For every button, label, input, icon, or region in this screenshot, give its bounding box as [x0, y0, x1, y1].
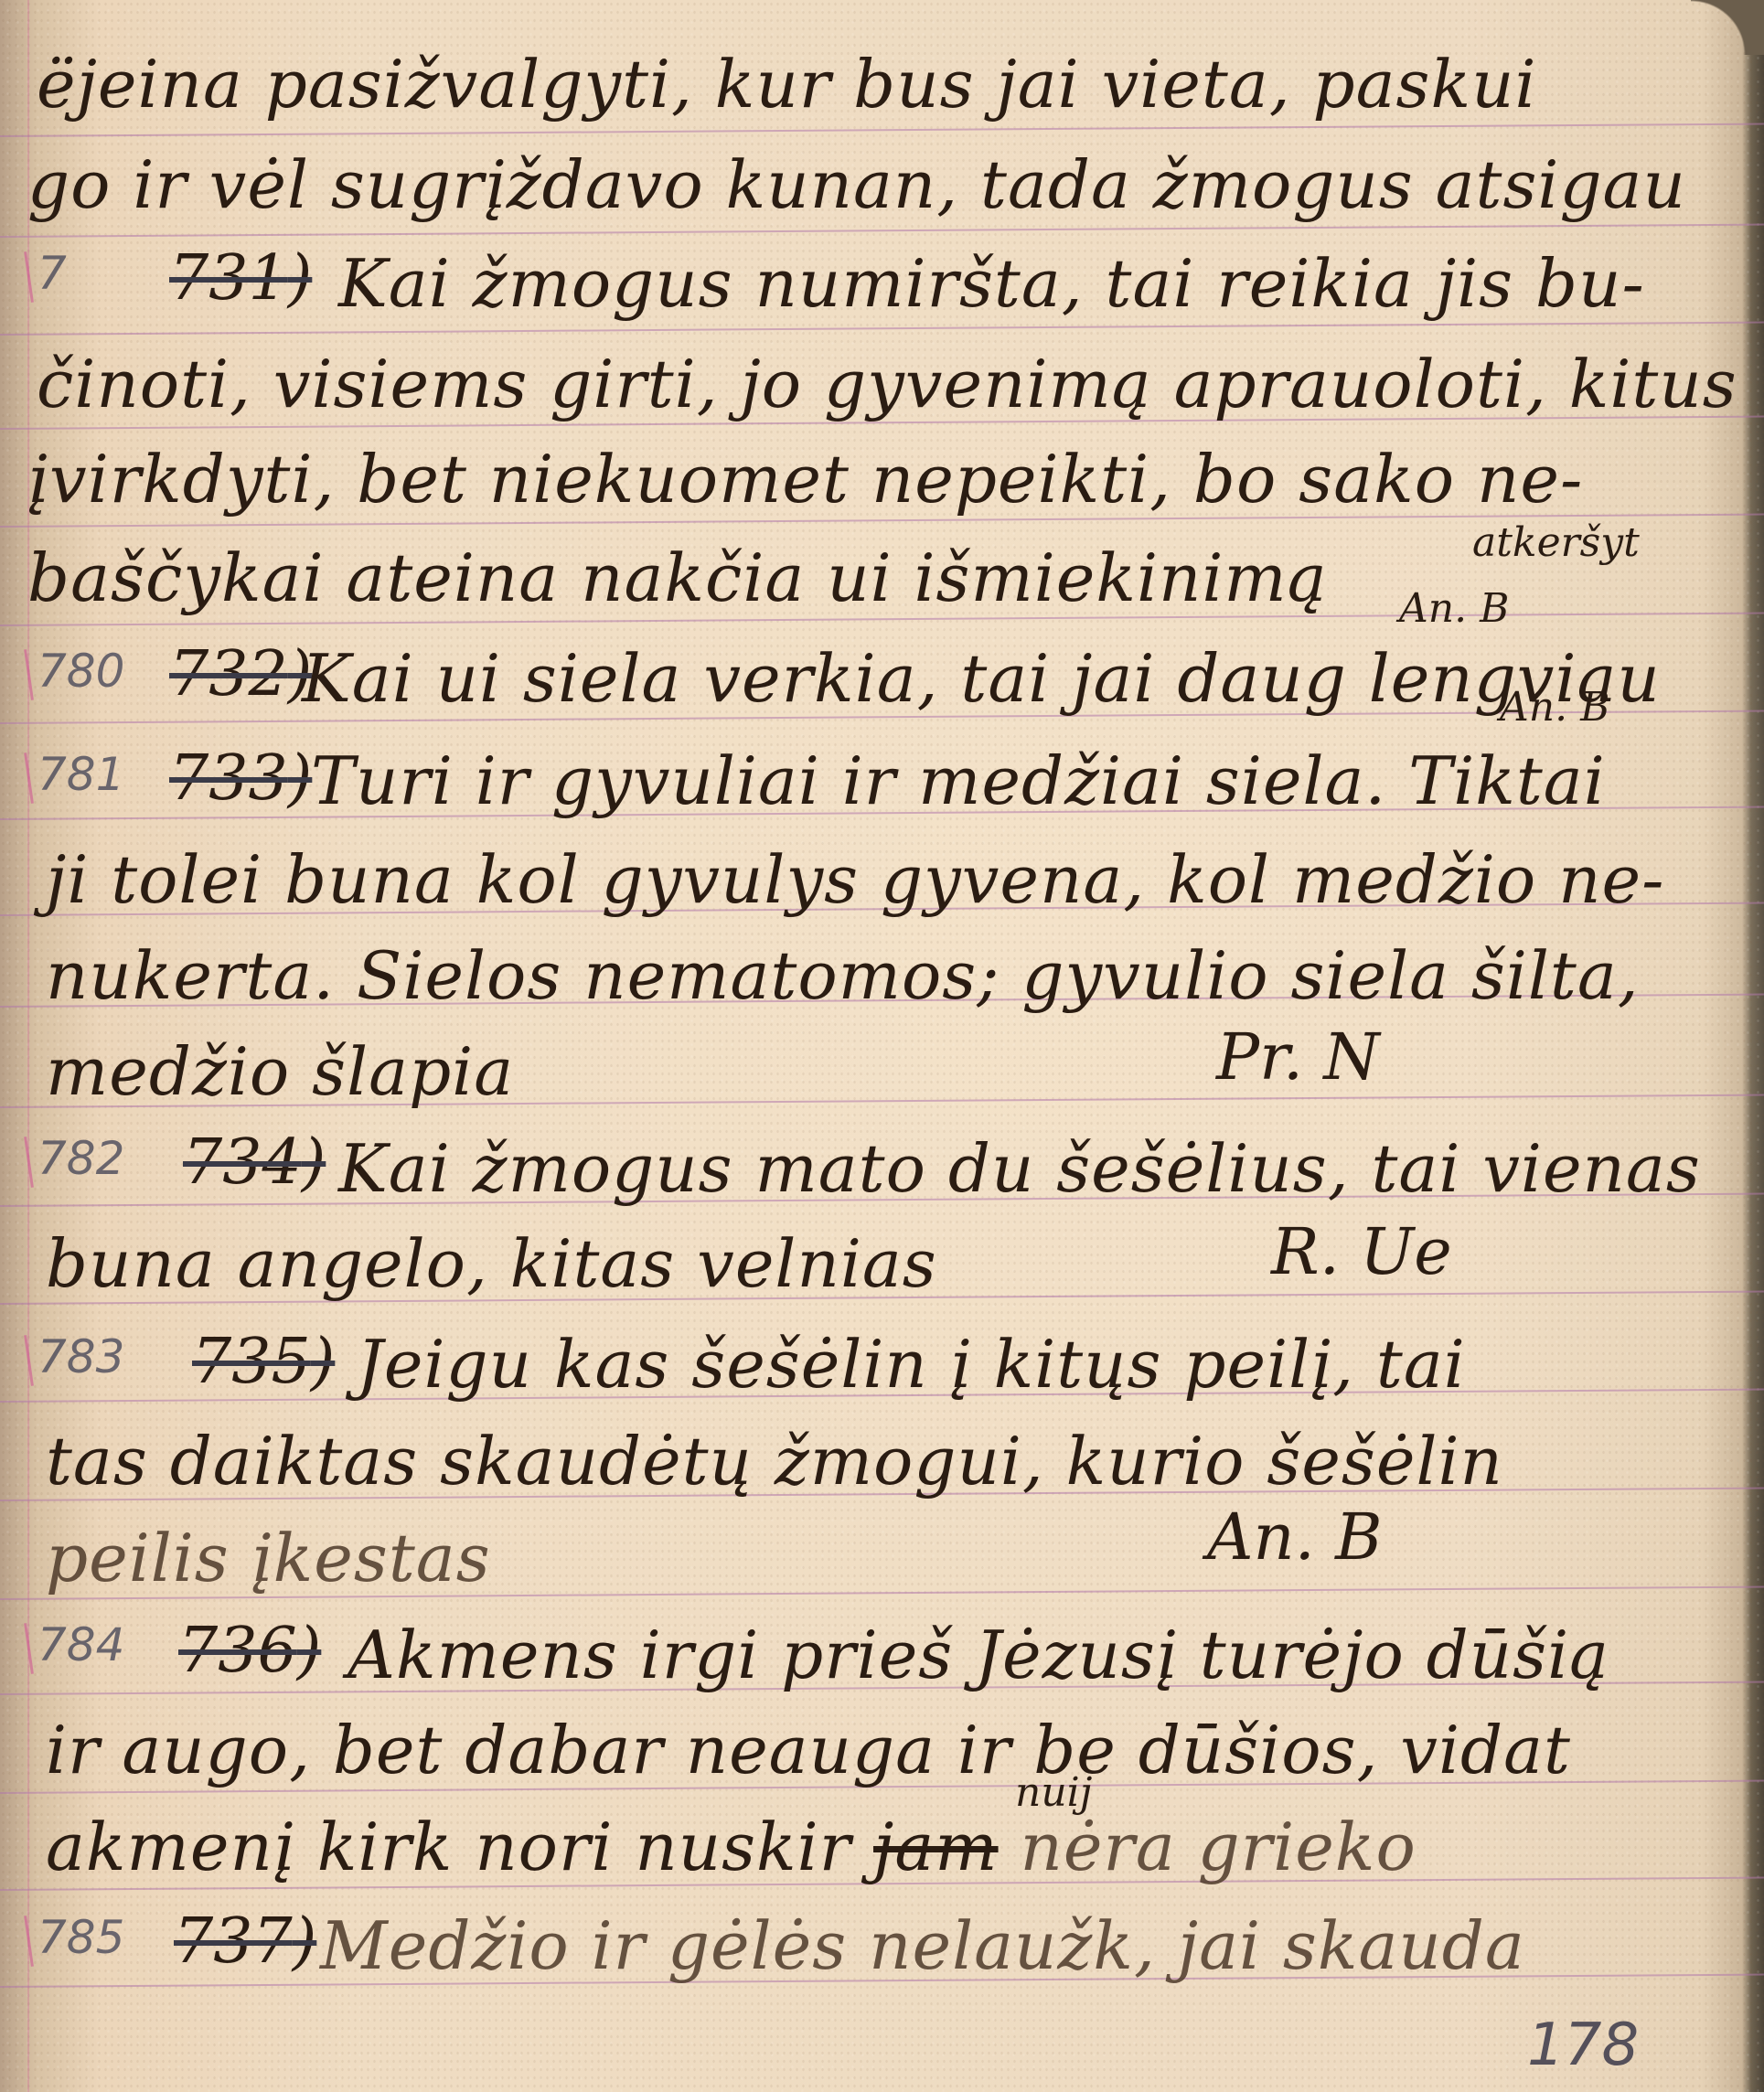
- old-entry-number: 733): [169, 742, 312, 815]
- rule-line: [0, 224, 1764, 238]
- old-entry-number: 737): [174, 1905, 316, 1978]
- entry-number: 781: [27, 748, 124, 804]
- pink-tick: [24, 1335, 34, 1386]
- entry-number: 782: [27, 1132, 124, 1188]
- page-number: 178: [1527, 2012, 1639, 2079]
- old-entry-number: 732): [169, 638, 312, 710]
- entry-number: 785: [27, 1911, 124, 1967]
- page-corner: [1691, 0, 1764, 55]
- notebook-page: ёjeina pasižvalgyti, kur bus jai vieta, …: [0, 0, 1764, 2092]
- old-entry-number: 734): [183, 1126, 326, 1199]
- pink-tick: [24, 1623, 34, 1674]
- margin-rule: [27, 0, 29, 2092]
- entry-number: 784: [27, 1618, 124, 1674]
- pink-tick: [24, 752, 34, 804]
- signature: R. Ue: [1271, 1214, 1452, 1289]
- text-line: tas daiktas skaudėtų žmogui, kurio šešėl…: [46, 1423, 1503, 1500]
- struck-word: jam: [873, 1809, 999, 1885]
- signature: An. B: [1207, 1500, 1383, 1574]
- signature: An. B: [1500, 684, 1609, 731]
- text-line: buna angelo, kitas velnias: [46, 1225, 937, 1302]
- text-line: Kai žmogus mato du šešėlius, tai vienas: [338, 1130, 1701, 1207]
- signature: Pr. N: [1216, 1019, 1380, 1094]
- old-entry-number: 731): [169, 242, 312, 315]
- text-line: ir augo, bet dabar neauga ir be dūšios, …: [46, 1712, 1571, 1788]
- old-entry-number: 736): [178, 1615, 321, 1687]
- entry-number: 783: [27, 1330, 124, 1386]
- text-line: ji tolei buna kol gyvulys gyvena, kol me…: [46, 841, 1664, 918]
- text-line: Akmens irgi prieš Jėzusį turėjo dūšią: [347, 1617, 1609, 1693]
- pink-tick: [24, 649, 34, 700]
- text-line: Kai ui siela verkia, tai jai daug lengvi…: [302, 640, 1661, 717]
- text-line: Turi ir gyvuliai ir medžiai siela. Tikta…: [311, 742, 1606, 819]
- text-line: medžio šlapia: [46, 1033, 514, 1110]
- text-line: akmenį kirk nori nuskir jam nėra grieko: [46, 1809, 1417, 1885]
- text-line: ёjeina pasižvalgyti, kur bus jai vieta, …: [37, 46, 1537, 123]
- rule-line: [0, 123, 1764, 137]
- text-line: peilis įkestas: [46, 1520, 491, 1596]
- old-entry-number: 735): [192, 1326, 335, 1398]
- pink-tick: [24, 1916, 34, 1967]
- text-line: nukerta. Sielos nematomos; gyvulio siela…: [46, 937, 1640, 1014]
- entry-number: 780: [27, 645, 124, 700]
- pink-tick: [24, 1137, 34, 1188]
- inline-annotation: atkeršyt: [1472, 519, 1640, 566]
- text-line: Jeigu kas šešėlin į kitųs peilį, tai: [357, 1326, 1466, 1403]
- pink-tick: [24, 251, 34, 303]
- entry-number: 7: [27, 247, 67, 303]
- text-line: Medžio ir gėlės nelaužk, jai skauda: [320, 1907, 1525, 1984]
- signature: An. B: [1399, 585, 1509, 632]
- text-line: įvirkdyti, bet niekuomet nepeikti, bo sa…: [27, 441, 1583, 518]
- text-line: baščykai ateina nakčia ui išmiekinimą: [27, 539, 1328, 616]
- rule-line: [0, 322, 1764, 336]
- text-line: činoti, visiems girti, jo gyvenimą aprau…: [37, 346, 1737, 422]
- text-line: go ir vėl sugrįždavo kunan, tada žmogus …: [27, 146, 1686, 223]
- text-line: Kai žmogus numiršta, tai reikia jis bu-: [338, 245, 1645, 322]
